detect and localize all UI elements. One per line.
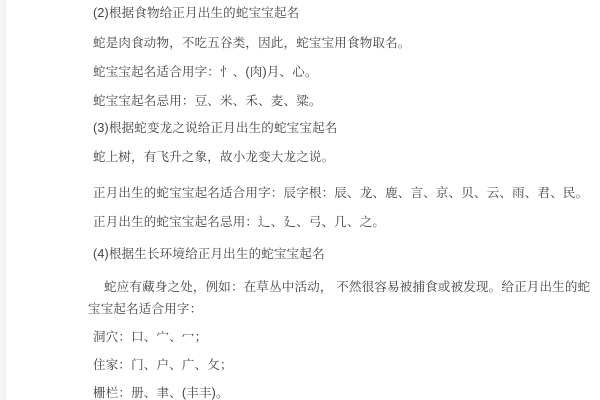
body-line: 住家：门、户、广、攵； (88, 355, 572, 375)
body-line: 蛇宝宝起名忌用：豆、米、禾、麦、粱。 (88, 91, 572, 111)
section-heading-2: (2)根据食物给正月出生的蛇宝宝起名 (88, 3, 572, 23)
body-line-clipped: 栅栏：册、聿、(丰丰)。 (88, 383, 572, 400)
document-content: (2)根据食物给正月出生的蛇宝宝起名 蛇是肉食动物，不吃五谷类，因此，蛇宝宝用食… (0, 0, 600, 400)
body-line: 正月出生的蛇宝宝起名忌用：辶、廴、弓、几、之。 (88, 212, 572, 232)
body-line: 正月出生的蛇宝宝起名适合用字：辰字根：辰、龙、鹿、言、京、贝、云、雨、君、民。 (88, 183, 572, 203)
body-paragraph-line-1: 蛇应有藏身之处，例如：在草丛中活动， 不然很容易被捕食或被发现。给正月出生的蛇 (88, 277, 572, 297)
body-line: 洞穴：口、宀、冖； (88, 327, 572, 347)
body-paragraph-line-2: 宝宝起名适合用字： (88, 299, 572, 319)
body-line: 蛇上树，有飞升之象，故小龙变大龙之说。 (88, 147, 572, 167)
body-line: 蛇宝宝起名适合用字：忄、(肉)月、心。 (88, 62, 572, 82)
document-page: (2)根据食物给正月出生的蛇宝宝起名 蛇是肉食动物，不吃五谷类，因此，蛇宝宝用食… (0, 0, 600, 400)
body-line: 蛇是肉食动物，不吃五谷类，因此，蛇宝宝用食物取名。 (88, 33, 572, 53)
section-heading-3: (3)根据蛇变龙之说给正月出生的蛇宝宝起名 (88, 118, 572, 138)
section-heading-4: (4)根据生长环境给正月出生的蛇宝宝起名 (88, 244, 572, 264)
